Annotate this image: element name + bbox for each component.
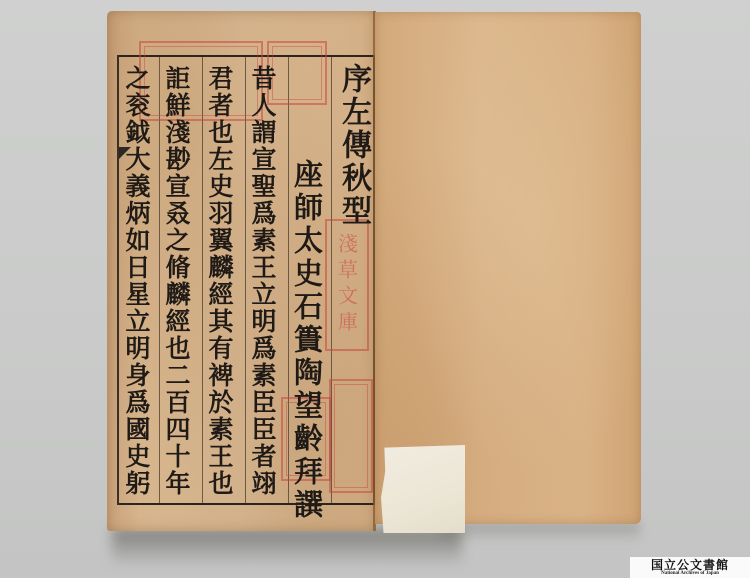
seal-top-left: [139, 41, 263, 121]
text-column-5: 詎鮮淺尠宣叒之脩麟經也二百四十年: [161, 65, 191, 497]
book-shadow: [112, 528, 462, 564]
preface-title: 序左傳秋型: [335, 63, 371, 228]
column-rule: [202, 57, 203, 503]
watermark-subtitle: National Archives of Japan: [661, 571, 719, 577]
frame-border-left: [117, 55, 119, 505]
archive-watermark: 国立公文書館 National Archives of Japan: [630, 557, 750, 578]
text-column-3: 昔人謂宣聖爲素王立明爲素臣臣者翊: [247, 65, 277, 497]
label-slip: [381, 445, 465, 533]
left-page: 淺草文庫 序左傳秋型 座師太史石簣陶望齡拜譔 昔人謂宣聖爲素王立明爲素臣臣者翊 …: [107, 11, 375, 531]
column-rule: [245, 57, 246, 503]
text-column-4: 君者也左史羽翼麟經其有裨於素王也: [204, 65, 234, 497]
frame-border-bottom: [117, 503, 374, 505]
open-book: 淺草文庫 序左傳秋型 座師太史石簣陶望齡拜譔 昔人謂宣聖爲素王立明爲素臣臣者翊 …: [107, 11, 642, 531]
column-rule: [159, 57, 160, 503]
text-column-6: 之衮鉞大義炳如日星立明身爲國史躬: [121, 65, 151, 497]
seal-lower-right: [329, 379, 373, 493]
seal-asakusa-text: 淺草文庫: [327, 221, 367, 349]
watermark-title: 国立公文書館: [651, 559, 729, 571]
author-line: 座師太史石簣陶望齡拜譔: [289, 159, 325, 522]
seal-asakusa: 淺草文庫: [325, 219, 369, 351]
